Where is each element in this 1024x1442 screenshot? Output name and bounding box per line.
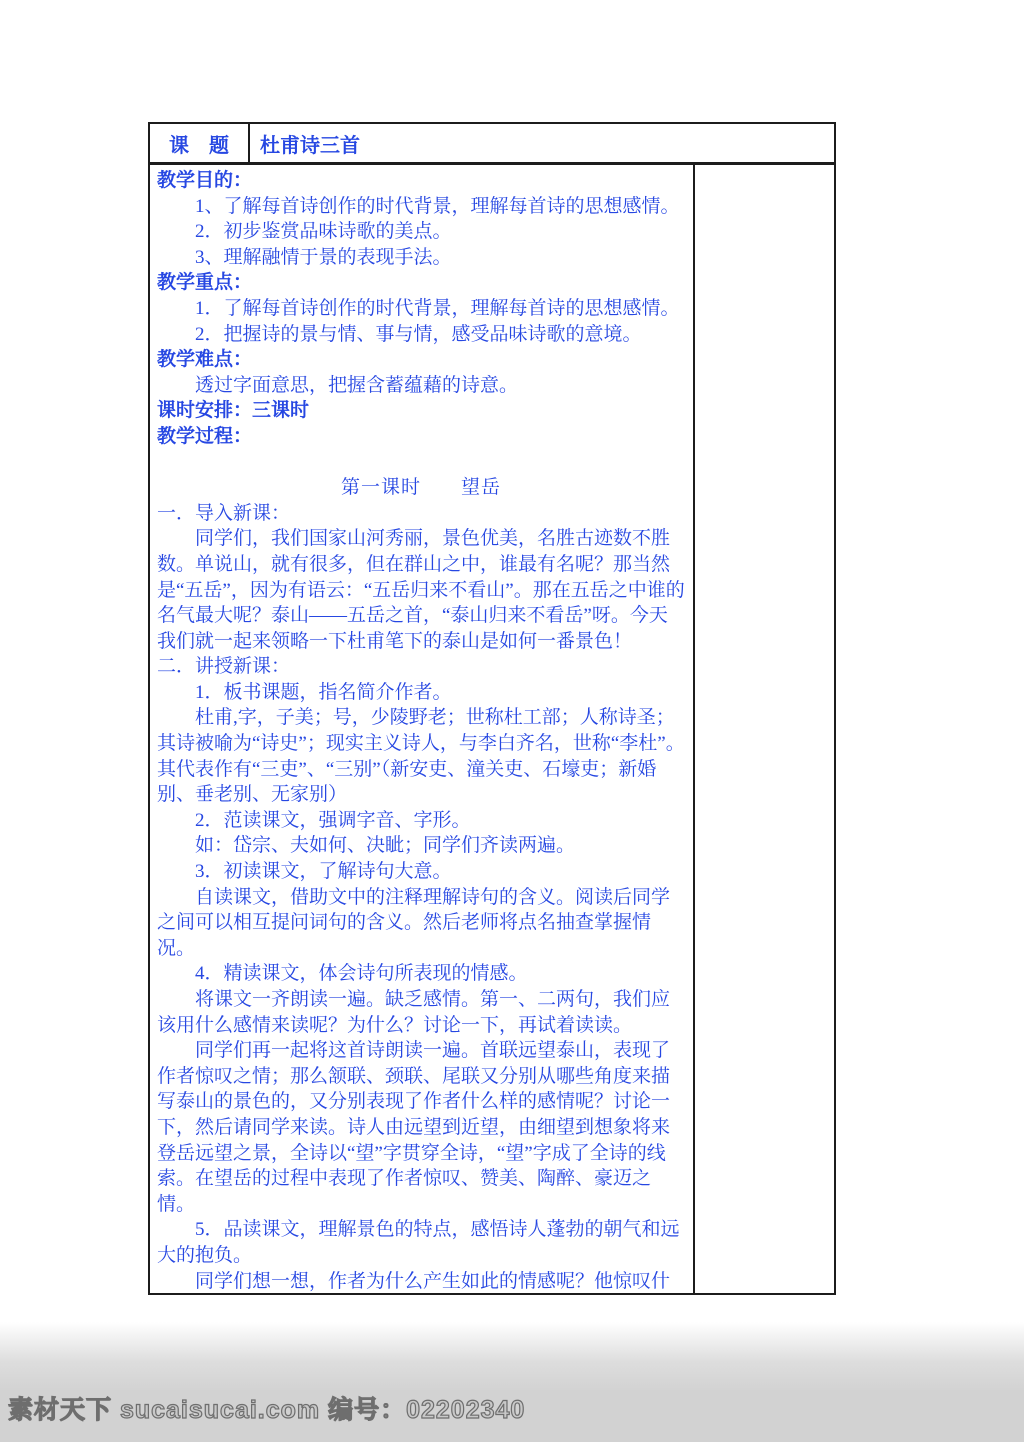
table-header-row: 课 题 杜甫诗三首 bbox=[150, 124, 834, 165]
paragraph: 4．精读课文，体会诗句所表现的情感。 bbox=[157, 961, 685, 987]
table-main-row: 教学目的：1、了解每首诗创作的时代背景，理解每首诗的思想感情。2．初步鉴赏品味诗… bbox=[150, 165, 834, 1293]
paragraph: 同学们再一起将这首诗朗读一遍。首联远望泰山，表现了作者惊叹之情；那么颔联、颈联、… bbox=[157, 1038, 685, 1217]
paragraph: 2．初步鉴赏品味诗歌的美点。 bbox=[157, 219, 685, 245]
watermark-text: 素材天下 sucaisucai.com 编号：02202340 bbox=[8, 1390, 525, 1426]
paragraph: 自读课文，借助文中的注释理解诗句的含义。阅读后同学之间可以相互提问词句的含义。然… bbox=[157, 885, 685, 962]
paragraph: 课时安排：三课时 bbox=[157, 398, 685, 424]
paragraph: 同学们想一想，作者为什么产生如此的情感呢？他惊叹什么，又赞美什么？为什么这么说？ bbox=[157, 1269, 685, 1293]
topic-title-cell: 杜甫诗三首 bbox=[250, 124, 834, 162]
paragraph: 5．品读课文，理解景色的特点，感悟诗人蓬勃的朝气和远大的抱负。 bbox=[157, 1217, 685, 1268]
topic-title: 杜甫诗三首 bbox=[260, 129, 360, 158]
paragraph: 教学目的： bbox=[157, 168, 685, 194]
lesson-body: 教学目的：1、了解每首诗创作的时代背景，理解每首诗的思想感情。2．初步鉴赏品味诗… bbox=[150, 165, 695, 1293]
paragraph: 教学难点： bbox=[157, 347, 685, 373]
footer-strip: 素材天下 sucaisucai.com 编号：02202340 bbox=[0, 1322, 1024, 1442]
paragraph: 3．初读课文，了解诗句大意。 bbox=[157, 859, 685, 885]
paragraph: 透过字面意思，把握含蓄蕴藉的诗意。 bbox=[157, 373, 685, 399]
lesson-plan-table: 课 题 杜甫诗三首 教学目的：1、了解每首诗创作的时代背景，理解每首诗的思想感情… bbox=[148, 122, 836, 1295]
document-page: 课 题 杜甫诗三首 教学目的：1、了解每首诗创作的时代背景，理解每首诗的思想感情… bbox=[0, 0, 1024, 1442]
paragraph: 1、了解每首诗创作的时代背景，理解每首诗的思想感情。 bbox=[157, 194, 685, 220]
paragraph: 1．板书课题，指名简介作者。 bbox=[157, 680, 685, 706]
topic-label-cell: 课 题 bbox=[150, 124, 250, 162]
paragraph: 同学们，我们国家山河秀丽，景色优美，名胜古迹数不胜数。单说山，就有很多，但在群山… bbox=[157, 526, 685, 654]
paragraph: 教学重点： bbox=[157, 270, 685, 296]
paragraph: 二．讲授新课： bbox=[157, 654, 685, 680]
topic-label: 课 题 bbox=[169, 129, 229, 158]
paragraph: 如：岱宗、夫如何、决眦；同学们齐读两遍。 bbox=[157, 833, 685, 859]
paragraph bbox=[157, 450, 685, 476]
paragraph: 教学过程： bbox=[157, 424, 685, 450]
notes-column bbox=[695, 165, 834, 1293]
paragraph: 2．范读课文，强调字音、字形。 bbox=[157, 808, 685, 834]
paragraph: 杜甫,字，子美；号，少陵野老；世称杜工部；人称诗圣；其诗被喻为“诗史”；现实主义… bbox=[157, 705, 685, 807]
paragraph: 2．把握诗的景与情、事与情，感受品味诗歌的意境。 bbox=[157, 322, 685, 348]
paragraph: 3、理解融情于景的表现手法。 bbox=[157, 245, 685, 271]
paragraph: 将课文一齐朗读一遍。缺乏感情。第一、二两句，我们应该用什么感情来读呢？为什么？讨… bbox=[157, 987, 685, 1038]
paragraph: 一．导入新课： bbox=[157, 501, 685, 527]
paragraph: 1．了解每首诗创作的时代背景，理解每首诗的思想感情。 bbox=[157, 296, 685, 322]
paragraph: 第一课时 望岳 bbox=[157, 475, 685, 501]
